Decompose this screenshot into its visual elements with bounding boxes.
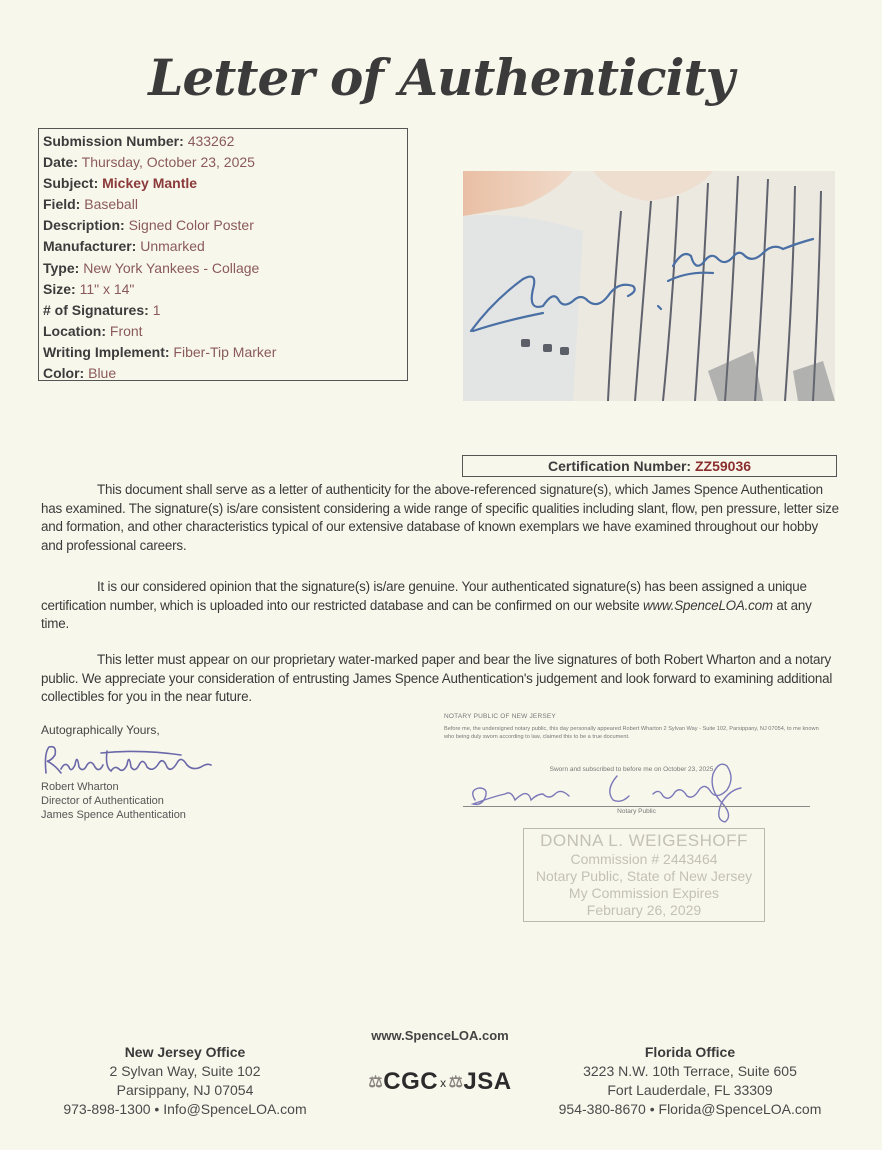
nj-office-address1: 2 Sylvan Way, Suite 102 bbox=[40, 1062, 330, 1081]
detail-row-location: Location: Front bbox=[43, 321, 403, 342]
stamp-notary-name: DONNA L. WEIGESHOFF bbox=[524, 831, 764, 851]
page-title: Letter of Authenticity bbox=[0, 48, 882, 107]
detail-row-date: Date: Thursday, October 23, 2025 bbox=[43, 152, 403, 173]
fl-office-block: Florida Office 3223 N.W. 10th Terrace, S… bbox=[540, 1043, 840, 1119]
certification-number: ZZ59036 bbox=[695, 458, 751, 474]
detail-row-submission-number: Submission Number: 433262 bbox=[43, 131, 403, 152]
paragraph-watermark: This letter must appear on our proprieta… bbox=[41, 651, 841, 707]
detail-row-subject: Subject: Mickey Mantle bbox=[43, 173, 403, 194]
paragraph-examination: This document shall serve as a letter of… bbox=[41, 481, 841, 555]
fl-office-heading: Florida Office bbox=[540, 1043, 840, 1062]
footer-website-link[interactable]: www.SpenceLOA.com bbox=[330, 1028, 550, 1043]
notary-body: Before me, the undersigned notary public… bbox=[444, 726, 819, 741]
stamp-commission: Commission # 2443464 bbox=[524, 851, 764, 868]
detail-row-writing-implement: Writing Implement: Fiber-Tip Marker bbox=[43, 342, 403, 363]
wharton-signature bbox=[41, 743, 216, 777]
authenticator-signature-block: Autographically Yours, Robert Wharton Di… bbox=[41, 723, 216, 822]
stamp-state: Notary Public, State of New Jersey bbox=[524, 868, 764, 885]
detail-row-size: Size: 11" x 14" bbox=[43, 279, 403, 300]
certification-label: Certification Number: bbox=[548, 458, 691, 474]
signed-item-photo bbox=[463, 171, 835, 401]
fl-office-address2: Fort Lauderdale, FL 33309 bbox=[540, 1081, 840, 1100]
fl-office-email[interactable]: Florida@SpenceLOA.com bbox=[659, 1101, 822, 1117]
detail-row-type: Type: New York Yankees - Collage bbox=[43, 258, 403, 279]
nj-office-address2: Parsippany, NJ 07054 bbox=[40, 1081, 330, 1100]
nj-office-block: New Jersey Office 2 Sylvan Way, Suite 10… bbox=[40, 1043, 330, 1119]
pinstripe-jersey-image bbox=[463, 171, 835, 401]
scales-icon: ⚖ bbox=[368, 1074, 383, 1091]
detail-row-manufacturer: Manufacturer: Unmarked bbox=[43, 236, 403, 257]
closing-line: Autographically Yours, bbox=[41, 723, 216, 737]
fl-office-address1: 3223 N.W. 10th Terrace, Suite 605 bbox=[540, 1062, 840, 1081]
scales-icon: ⚖ bbox=[449, 1074, 464, 1091]
notary-stamp: DONNA L. WEIGESHOFF Commission # 2443464… bbox=[523, 828, 765, 922]
stamp-expires-date: February 26, 2029 bbox=[524, 902, 764, 919]
detail-row-signature-count: # of Signatures: 1 bbox=[43, 300, 403, 321]
submission-details-box: Submission Number: 433262 Date: Thursday… bbox=[38, 128, 408, 381]
nj-office-email[interactable]: Info@SpenceLOA.com bbox=[163, 1101, 306, 1117]
nj-office-heading: New Jersey Office bbox=[40, 1043, 330, 1062]
fl-office-phone[interactable]: 954-380-8670 bbox=[559, 1101, 646, 1117]
notary-line-label: Notary Public bbox=[463, 808, 810, 815]
website-link[interactable]: www.SpenceLOA.com bbox=[643, 598, 773, 613]
nj-office-phone[interactable]: 973-898-1300 bbox=[63, 1101, 150, 1117]
notary-heading: NOTARY PUBLIC OF NEW JERSEY bbox=[444, 713, 819, 720]
detail-row-color: Color: Blue bbox=[43, 363, 403, 384]
paragraph-opinion: It is our considered opinion that the si… bbox=[41, 578, 841, 634]
certification-number-box: Certification Number: ZZ59036 bbox=[462, 455, 837, 477]
signatory-title: Director of Authentication bbox=[41, 794, 216, 808]
signatory-name: Robert Wharton bbox=[41, 780, 216, 794]
notary-signature-line bbox=[463, 806, 810, 807]
cgc-jsa-logo: ⚖CGCx⚖JSA bbox=[330, 1068, 550, 1096]
signatory-company: James Spence Authentication bbox=[41, 808, 216, 822]
stamp-expires-label: My Commission Expires bbox=[524, 885, 764, 902]
detail-row-description: Description: Signed Color Poster bbox=[43, 215, 403, 236]
detail-row-field: Field: Baseball bbox=[43, 194, 403, 215]
